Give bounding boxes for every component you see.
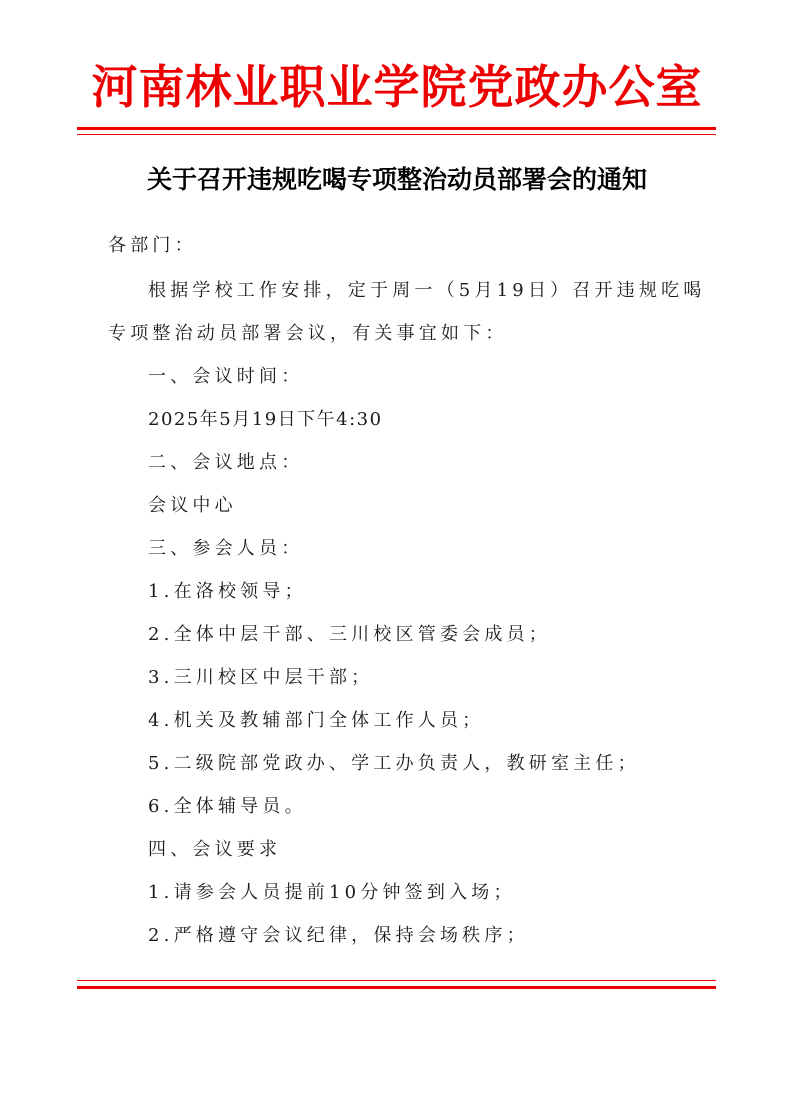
attendee-item: 6.全体辅导员。 <box>148 794 307 820</box>
footer-rule-thick <box>77 986 716 989</box>
requirement-item: 2.严格遵守会议纪律，保持会场秩序； <box>148 923 529 949</box>
salutation: 各部门： <box>108 233 197 259</box>
requirement-item: 1.请参会人员提前10分钟签到入场； <box>148 880 516 906</box>
header-rule-thin <box>77 134 716 135</box>
meeting-time: 2025年5月19日下午4:30 <box>148 407 383 433</box>
attendee-item: 5.二级院部党政办、学工办负责人，教研室主任； <box>148 751 640 777</box>
footer-rule-thin <box>77 980 716 981</box>
organization-header: 河南林业职业学院党政办公室 <box>0 52 794 122</box>
section-heading-requirements: 四、会议要求 <box>148 837 281 863</box>
header-rule-thick <box>77 127 716 130</box>
intro-paragraph-line-2: 专项整治动员部署会议，有关事宜如下： <box>108 321 508 347</box>
section-heading-location: 二、会议地点： <box>148 450 303 476</box>
attendee-item: 4.机关及教辅部门全体工作人员； <box>148 708 484 734</box>
intro-paragraph-line-1: 根据学校工作安排，定于周一（5月19日）召开违规吃喝 <box>148 278 706 304</box>
meeting-location: 会议中心 <box>148 493 237 519</box>
attendee-item: 3.三川校区中层干部； <box>148 665 373 691</box>
section-heading-time: 一、会议时间： <box>148 364 303 390</box>
notice-title: 关于召开违规吃喝专项整治动员部署会的通知 <box>0 158 794 202</box>
attendee-item: 1.在洛校领导； <box>148 579 307 605</box>
section-heading-attendees: 三、参会人员： <box>148 536 303 562</box>
attendee-item: 2.全体中层干部、三川校区管委会成员； <box>148 622 551 648</box>
